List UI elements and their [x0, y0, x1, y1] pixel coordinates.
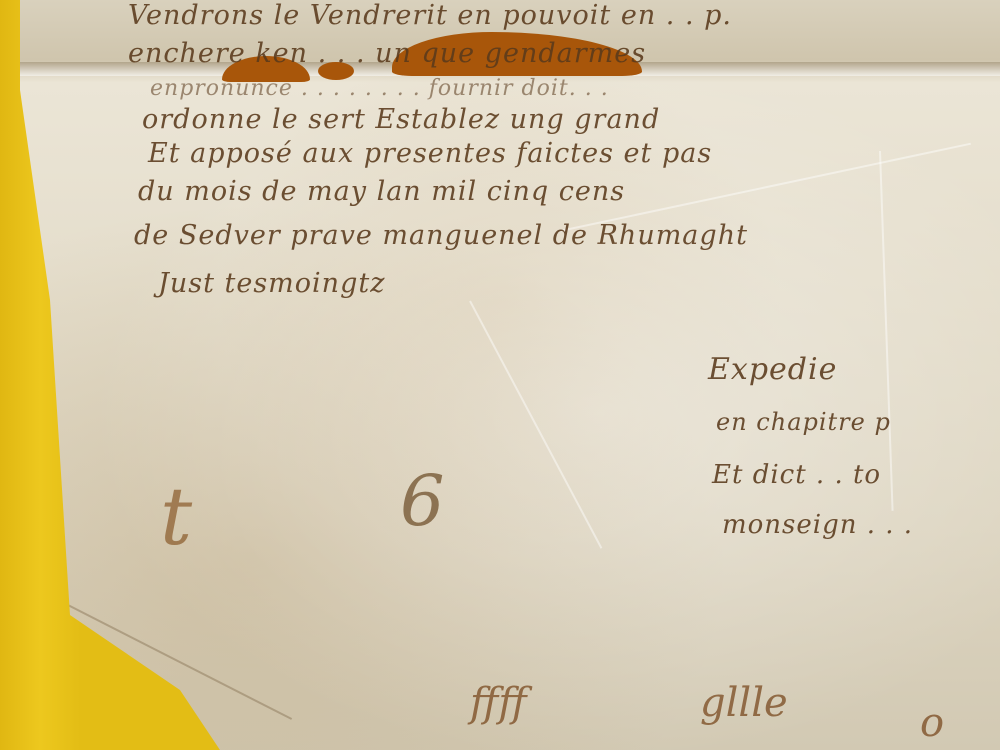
manuscript-line-8: Just tesmoingtz — [158, 268, 385, 299]
endorsement-line-3: Et dict . . to — [712, 460, 881, 490]
manuscript-line-6: du mois de may lan mil cinq cens — [138, 176, 625, 207]
signature-3: o — [920, 700, 944, 746]
manuscript-line-7: de Sedver prave manguenel de Rhumaght — [134, 220, 748, 251]
manuscript-line-2: enchere ken . . . un que gendarmes — [128, 38, 646, 69]
endorsement-line-4: monseign . . . — [722, 510, 913, 540]
manuscript-line-4: ordonne le sert Establez ung grand — [142, 104, 660, 135]
manuscript-line-1: Vendrons le Vendrerit en pouvoit en . . … — [128, 0, 732, 31]
parchment-sheet: Vendrons le Vendrerit en pouvoit en . . … — [0, 0, 1000, 750]
crease — [469, 301, 602, 549]
marginal-mark-left: t — [160, 470, 192, 563]
endorsement-line-1: Expedie — [708, 352, 837, 387]
manuscript-line-3: enpronunce . . . . . . . . fournir doit.… — [150, 76, 609, 101]
crease — [879, 151, 894, 511]
marginal-mark-right: 6 — [400, 460, 445, 542]
endorsement-line-2: en chapitre p — [716, 408, 891, 436]
manuscript-line-5: Et apposé aux presentes faictes et pas — [148, 138, 712, 169]
signature-1: ffff — [470, 680, 527, 726]
signature-2: gllle — [700, 680, 788, 726]
